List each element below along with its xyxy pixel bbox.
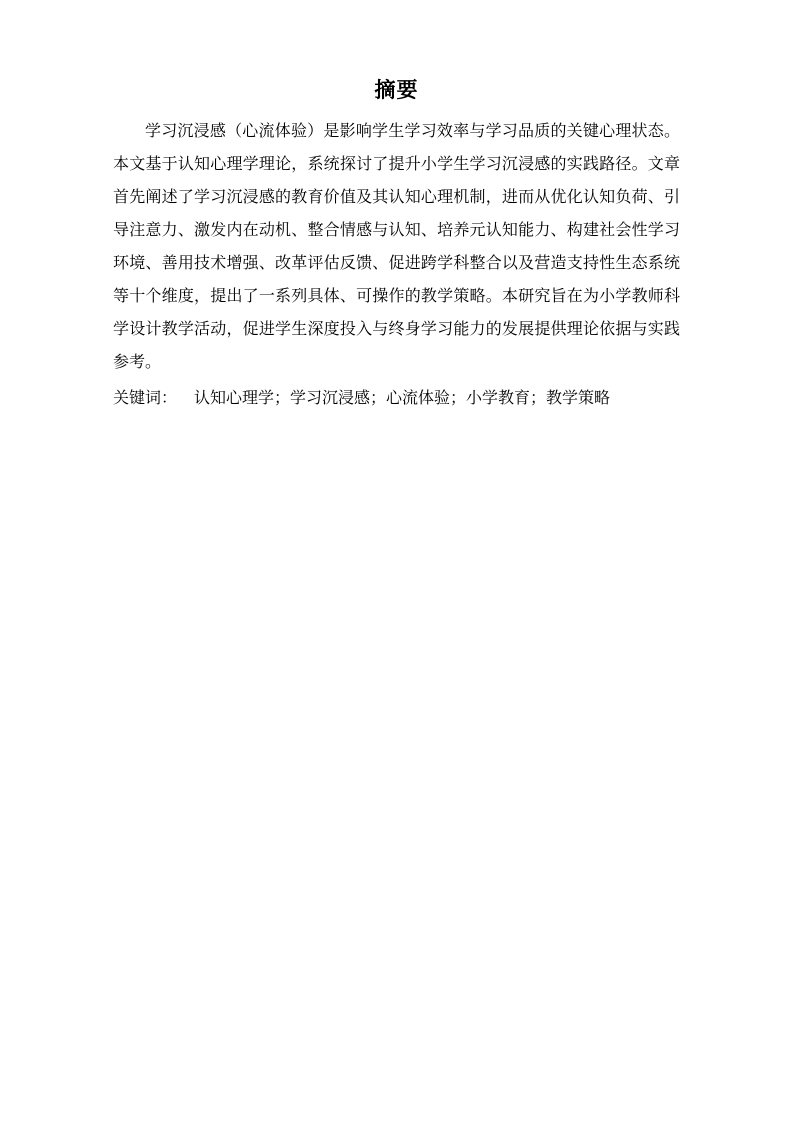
keywords-line: 关键词：认知心理学；学习沉浸感；心流体验；小学教育；教学策略: [113, 382, 680, 415]
abstract-paragraph: 学习沉浸感（心流体验）是影响学生学习效率与学习品质的关键心理状态。本文基于认知心…: [113, 115, 680, 379]
keywords-text: 认知心理学；学习沉浸感；心流体验；小学教育；教学策略: [194, 390, 610, 407]
abstract-title: 摘要: [113, 77, 680, 103]
keywords-label: 关键词：: [113, 390, 177, 407]
document-page: 摘要 学习沉浸感（心流体验）是影响学生学习效率与学习品质的关键心理状态。本文基于…: [0, 0, 793, 1122]
